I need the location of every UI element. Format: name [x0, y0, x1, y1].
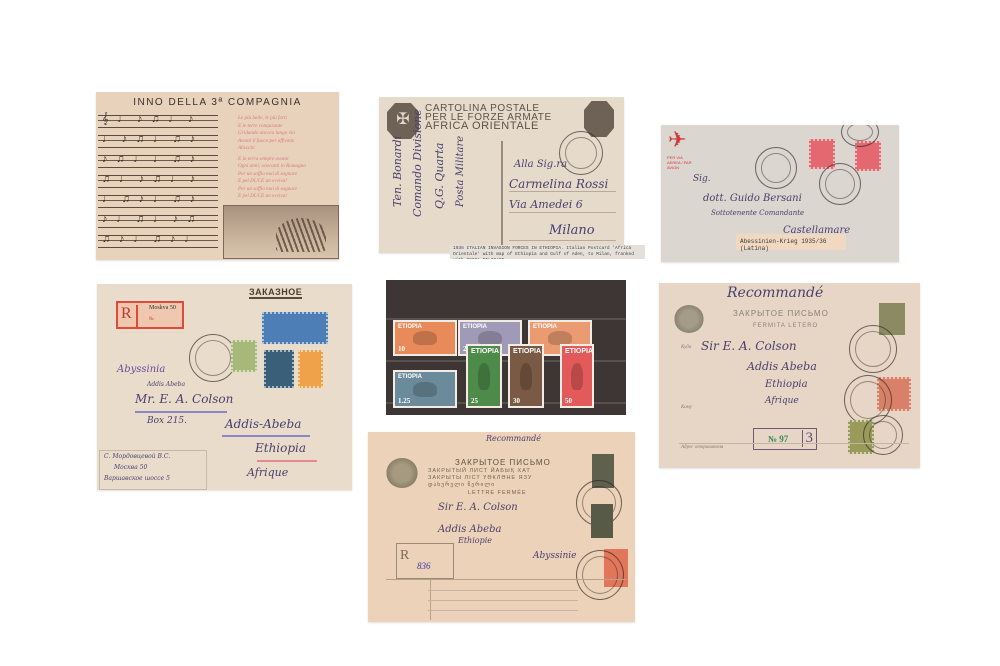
sender-line: Posta Militare — [455, 136, 466, 207]
address-line: Sig. — [693, 174, 711, 184]
zakaznoe-stamp: ЗАКАЗНОЕ — [249, 287, 302, 299]
poem-line: E pel DUCE un evviva! — [238, 178, 334, 186]
address-line: Alla Sig.ra — [514, 159, 567, 170]
inno-compagnia-postcard: INNO DELLA 3ª COMPAGNIA 𝄞 ♩ ♪ ♫ ♩ ♪ ♩ ♪ … — [96, 92, 339, 260]
sender-line: Comando Divisione — [411, 109, 424, 217]
address-line: Afrique — [247, 466, 288, 479]
etiopia-stamp: ETIOPIA1.25 — [393, 370, 457, 408]
stamp-stockcard: ETIOPIA10ETIOPIA20ETIOPIA30ETIOPIA1.25ET… — [386, 280, 626, 415]
registration-label: R Moskva 50 № — [116, 301, 184, 329]
ussr-coat-of-arms-icon — [386, 458, 418, 488]
return-address-box: С. Мордовцевой В.С. Москва 50 Варшавское… — [99, 450, 207, 490]
music-staff: ♫ ♩ ♪ ♫ ♩ ♪ — [98, 175, 218, 188]
ussr-recommande-letter: Recommandé ЗАКРЫТОЕ ПИСЬМО FERMITA LETER… — [659, 283, 920, 468]
music-staff: 𝄞 ♩ ♪ ♫ ♩ ♪ — [98, 115, 218, 128]
poem-line: Ogni anni, onoranti in Romagna — [238, 163, 334, 171]
address-line: Milano — [549, 223, 595, 238]
etiopia-stamp: ETIOPIA30 — [508, 344, 544, 408]
soviet-stamp-orange — [298, 350, 323, 388]
address-line: Ethiopia — [255, 441, 306, 455]
airmail-cover: ✈ PER VIA AEREA / PAR AVION Sig. dott. G… — [661, 125, 899, 262]
ussr-closed-letter: Recommandé ЗАКРЫТОЕ ПИСЬМО ЗАКРЫТЫЙ ЛИСТ… — [368, 432, 635, 622]
address-line: Addis Abeba — [147, 381, 185, 388]
sender-line: Q.G. Quarta — [433, 143, 446, 209]
poem-line: Abissini — [238, 145, 334, 153]
soviet-stamp-green — [231, 340, 257, 372]
poem-line: Per un soffio mai di sognare — [238, 171, 334, 179]
russian-registered-cover: R Moskva 50 № ЗАКАЗНОЕ Abyssinia Addis A… — [97, 284, 352, 490]
airplane-icon: ✈ — [668, 129, 686, 151]
letter-subline: LETTRE FERMÉE — [468, 490, 527, 496]
cartolina-postale-card: CARTOLINA POSTALE PER LE FORZE ARMATE AF… — [379, 97, 624, 253]
address-line: Addis-Abeba — [225, 417, 301, 431]
address-line: Box 215. — [147, 416, 187, 426]
sender-line: Ten. Bonardi — [391, 136, 404, 207]
address-line: dott. Guido Bersani — [703, 193, 802, 204]
address-line: Abyssinia — [117, 364, 165, 375]
soviet-stamp-dark — [591, 504, 613, 538]
poem-line: Per un soffio mai di sognare — [238, 186, 334, 194]
letter-subtitle: FERMITA LETERO — [753, 323, 818, 329]
etiopia-stamp: ETIOPIA25 — [466, 344, 502, 408]
airmail-label: PER VIA AEREA / PAR AVION — [667, 155, 693, 170]
letter-subline: ЗАКРЫТЫ ЛІСТ ҮӘКЛӘНЕ ЯЗУ — [428, 475, 532, 481]
music-staff: ♩ ♪ ♫ ♩ ♫ ♪ — [98, 135, 218, 148]
music-staff: ♫ ♪ ♩ ♫ ♪ ♩ — [98, 235, 218, 248]
letter-subline: ЗАКРЫТЫЙ ЛИСТ ЙАБЫҚ ХАТ — [428, 468, 531, 474]
moscow-postmark — [863, 415, 903, 455]
soviet-stamp-portrait — [264, 350, 294, 388]
to-label: Куда — [681, 345, 691, 350]
soviet-stamp-blue — [262, 312, 328, 344]
poem-text: Le più belle, le più fortiE le terre con… — [238, 115, 334, 201]
address-line: Via Amedei 6 — [509, 198, 583, 211]
music-staff: ♩ ♫ ♪ ♩ ♫ ♪ — [98, 195, 218, 208]
address-line: Abyssinie — [533, 551, 576, 561]
poem-line: E la terra sempre avanti — [238, 156, 334, 164]
poem-line: Avanti il fuoco per affrante — [238, 138, 334, 146]
card-divider — [501, 141, 503, 246]
recommande-header: Recommandé — [486, 434, 541, 443]
address-line: Afrique — [765, 396, 799, 406]
sender-label: Адрес отправителя — [681, 445, 723, 450]
address-line: Sir E. A. Colson — [438, 502, 518, 513]
recommande-header: Recommandé — [727, 285, 823, 301]
address-line: Mr. E. A. Colson — [135, 392, 233, 406]
registration-box: № 97 3 — [753, 428, 817, 450]
etiopia-stamp: ETIOPIA10 — [393, 320, 457, 356]
address-line: Sottotenente Comandante — [711, 209, 804, 217]
registration-box: R 836 — [396, 543, 454, 579]
moscow-postmark — [189, 334, 237, 382]
etiopia-stamp: ETIOPIA50 — [560, 344, 594, 408]
letter-subline: დახურული წერილი — [428, 482, 495, 488]
lot-caption: 1936 ITALIAN INVASION FORCES IN ETHIOPIA… — [450, 245, 645, 259]
music-staff: ♪ ♩ ♫ ♩ ♪ ♫ — [98, 215, 218, 228]
address-line: Ethiopie — [458, 536, 492, 545]
ussr-coat-of-arms-icon — [674, 305, 704, 333]
music-staff: ♪ ♫ ♩ ♩ ♫ ♪ — [98, 155, 218, 168]
to-label: Кому — [681, 405, 692, 410]
postmark — [819, 163, 861, 205]
poem-line: E le terre conquistate — [238, 123, 334, 131]
address-line: Addis Abeba — [438, 524, 501, 535]
address-line: Sir E. A. Colson — [701, 339, 797, 353]
cartolina-header: CARTOLINA POSTALE PER LE FORZE ARMATE AF… — [425, 104, 552, 131]
abessinien-krieg-label: Abessinien-Krieg 1935/36 (Latina) — [736, 234, 846, 250]
poem-line: E pel DUCE un evviva! — [238, 193, 334, 201]
postcard-title: INNO DELLA 3ª COMPAGNIA — [96, 97, 339, 108]
wheat-illustration — [223, 205, 339, 259]
poem-line: Le più belle, le più forti — [238, 115, 334, 123]
postmark — [755, 147, 797, 189]
letter-title: ЗАКРЫТОЕ ПИСЬМО — [733, 309, 829, 318]
moscow-postmark — [849, 325, 897, 373]
address-line: Ethiopia — [765, 379, 808, 390]
address-line: Addis Abeba — [747, 360, 817, 373]
poem-line: Gridando ancora lungo via — [238, 130, 334, 138]
letter-title: ЗАКРЫТОЕ ПИСЬМО — [455, 458, 551, 467]
address-line: Carmelina Rossi — [509, 177, 608, 191]
